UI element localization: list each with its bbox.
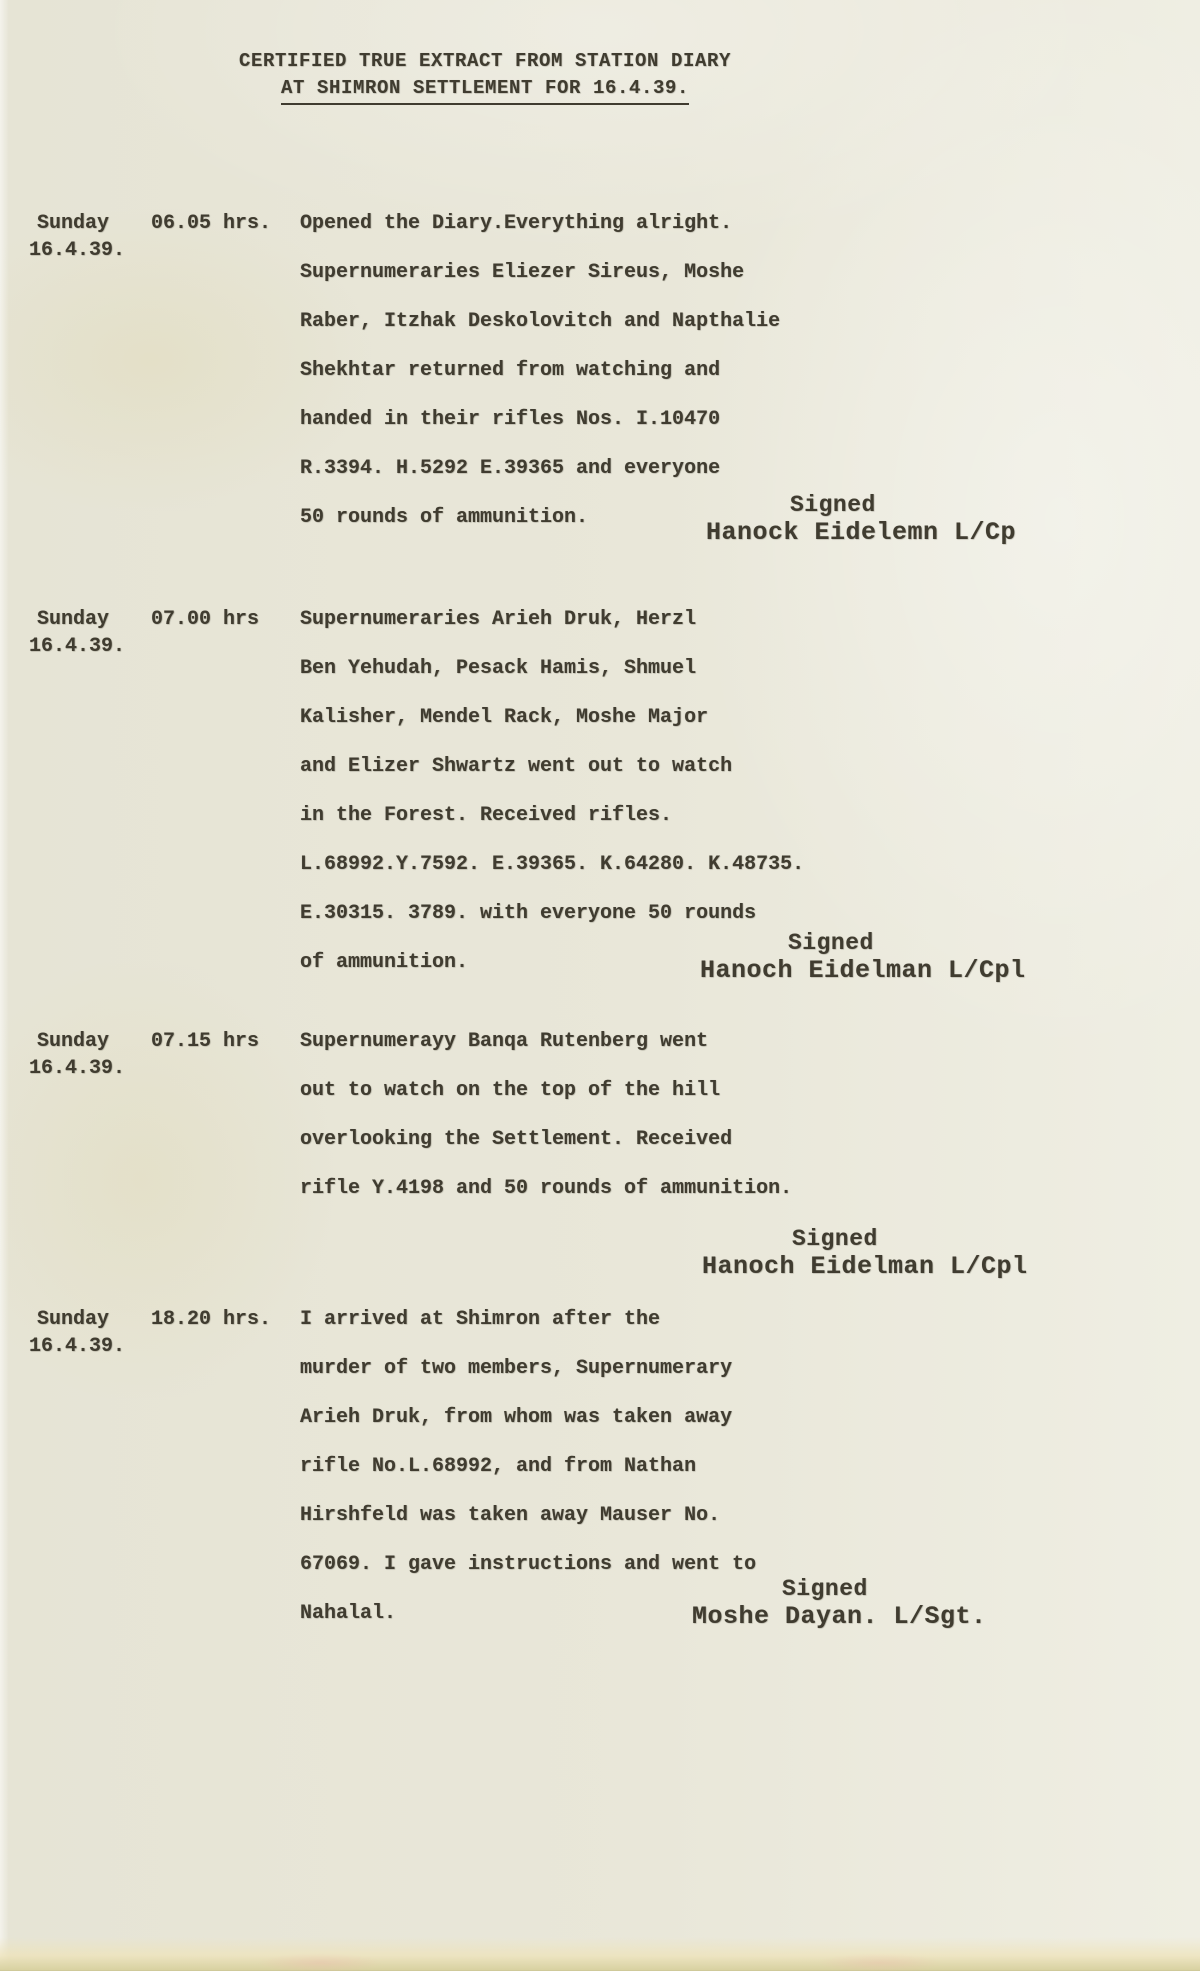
entry-time: 07.15 hrs [151,1030,259,1053]
title-line-1: CERTIFIED TRUE EXTRACT FROM STATION DIAR… [40,48,930,75]
entry-line: Kalisher, Mendel Rack, Moshe Major [300,706,880,755]
entry-line: Shekhtar returned from watching and [300,359,880,408]
entry-date: 16.4.39. [29,1057,125,1080]
signature-block: Signed Moshe Dayan. L/Sgt. [692,1576,987,1630]
signed-label: Signed [782,1576,987,1603]
signature-block: Signed Hanoch Eidelman L/Cpl [700,930,1026,984]
signed-name: Hanoch Eidelman L/Cpl [702,1253,1028,1280]
signed-name: Hanock Eidelemn L/Cp [706,519,1016,546]
entry-line: Ben Yehudah, Pesack Hamis, Shmuel [300,657,880,706]
signed-label: Signed [790,492,1016,519]
entry-line: and Elizer Shwartz went out to watch [300,755,880,804]
entry-date: 16.4.39. [29,239,125,262]
entry-line: rifle Y.4198 and 50 rounds of ammunition… [300,1177,880,1226]
entry-date: 16.4.39. [29,635,125,658]
entry-day: Sunday [37,1308,109,1331]
entry-day: Sunday [37,1030,109,1053]
signature-block: Signed Hanock Eidelemn L/Cp [706,492,1016,546]
document-title: CERTIFIED TRUE EXTRACT FROM STATION DIAR… [40,48,930,105]
signed-name: Hanoch Eidelman L/Cpl [700,957,1026,984]
entry-line: Supernumeraries Arieh Druk, Herzl [300,608,880,657]
entry-line: L.68992.Y.7592. E.39365. K.64280. K.4873… [300,853,880,902]
entry-time: 07.00 hrs [151,608,259,631]
signed-name: Moshe Dayan. L/Sgt. [692,1603,987,1630]
entry-day: Sunday [37,608,109,631]
entry-body: Supernumerayy Banqa Rutenberg went out t… [300,1030,880,1226]
entry-date: 16.4.39. [29,1335,125,1358]
entry-line: rifle No.L.68992, and from Nathan [300,1455,880,1504]
title-line-2: AT SHIMRON SETTLEMENT FOR 16.4.39. [281,75,689,105]
signed-label: Signed [792,1226,1028,1253]
entry-line: Raber, Itzhak Deskolovitch and Napthalie [300,310,880,359]
entry-line: I arrived at Shimron after the [300,1308,880,1357]
entry-line: Opened the Diary.Everything alright. [300,212,880,261]
entry-line: overlooking the Settlement. Received [300,1128,880,1177]
signed-label: Signed [788,930,1026,957]
entry-line: handed in their rifles Nos. I.10470 [300,408,880,457]
paper-left-edge [0,0,9,1971]
entry-line: Hirshfeld was taken away Mauser No. [300,1504,880,1553]
entry-day: Sunday [37,212,109,235]
entry-line: Supernumeraries Eliezer Sireus, Moshe [300,261,880,310]
entry-line: in the Forest. Received rifles. [300,804,880,853]
entry-line: Arieh Druk, from whom was taken away [300,1406,880,1455]
entry-line: out to watch on the top of the hill [300,1079,880,1128]
signature-block: Signed Hanoch Eidelman L/Cpl [702,1226,1028,1280]
entry-line: Supernumerayy Banqa Rutenberg went [300,1030,880,1079]
entry-line: murder of two members, Supernumerary [300,1357,880,1406]
paper-bottom-edge [0,1937,1200,1971]
entry-time: 18.20 hrs. [151,1308,271,1331]
entry-time: 06.05 hrs. [151,212,271,235]
